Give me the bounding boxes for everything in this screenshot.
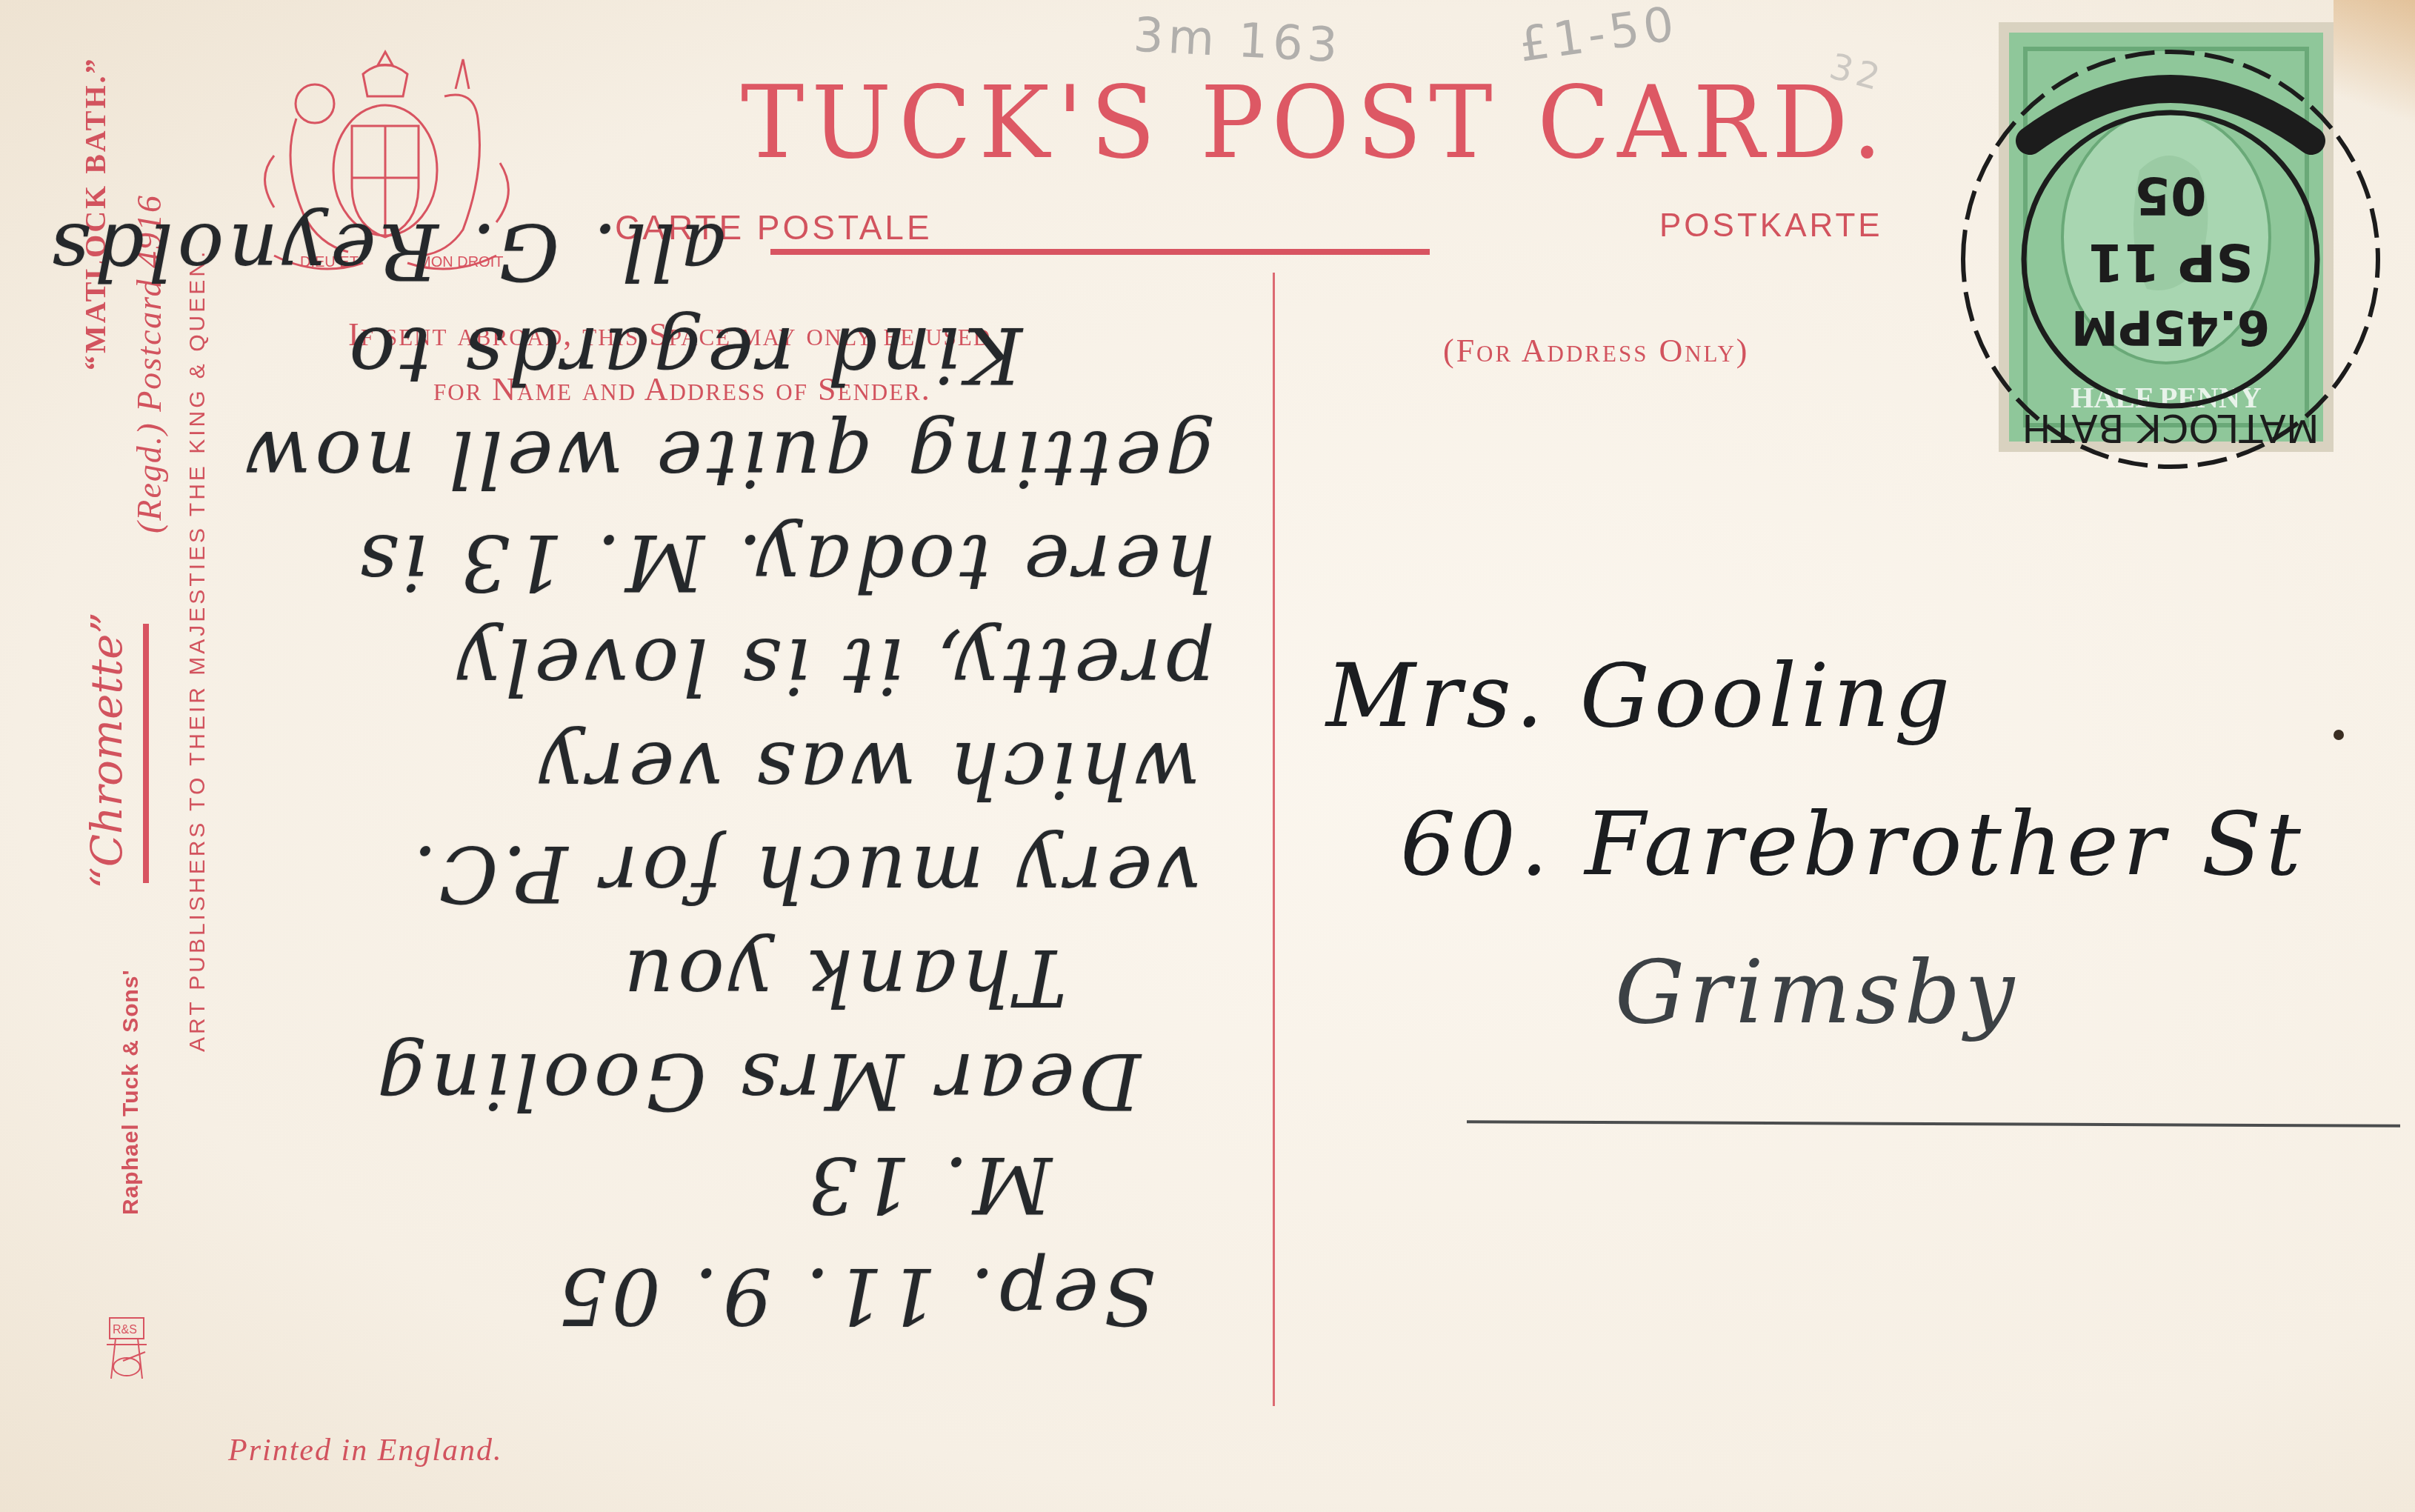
message-line: Kind regards to [344, 310, 1022, 400]
handwritten-message: Sep. 11. 9. 05 M. 13 Dear Mrs Gooling Th… [44, 52, 1245, 1341]
pencil-note-price: £1-50 [1516, 0, 1682, 73]
message-salutation: Dear Mrs Gooling [373, 1036, 1141, 1126]
svg-text:MATLOCK BATH: MATLOCK BATH [2022, 405, 2319, 450]
message-line: very much for P.C. [409, 828, 1200, 919]
center-divider [1273, 273, 1275, 1406]
message-line: here today. M. 13 is [354, 517, 1215, 607]
postkarte-label: POSTKARTE [1659, 207, 1883, 244]
recipient-street: 60. Farebrother St [1400, 793, 2305, 895]
postmark-icon: 6.45PM SP 11 05 MATLOCK BATH [1941, 30, 2400, 489]
message-line: pretty, it is lovely [453, 621, 1215, 711]
message-line: which was very [535, 725, 1200, 815]
message-signature: all. G. Reynolds [46, 206, 726, 296]
svg-text:SP 11: SP 11 [2088, 232, 2254, 293]
recipient-name: Mrs. Gooling [1326, 645, 1954, 747]
postcard: 3m 163 £1-50 32 TUCK'S POST CARD. CARTE … [0, 0, 2415, 1512]
address-only-label: (For Address Only) [1443, 332, 1749, 370]
message-date: Sep. 11. 9. 05 [553, 1250, 1156, 1341]
recipient-town: Grimsby [1615, 941, 2019, 1043]
ink-spot [2334, 730, 2344, 740]
message-line: Thank you [619, 932, 1067, 1022]
printed-in-england: Printed in England. [228, 1433, 502, 1468]
message-line: getting quite well now [240, 413, 1215, 504]
svg-text:05: 05 [2134, 165, 2206, 226]
svg-text:6.45PM: 6.45PM [2071, 299, 2271, 354]
address-underline [1467, 1120, 2400, 1127]
message-line: M. 13 [804, 1139, 1052, 1230]
